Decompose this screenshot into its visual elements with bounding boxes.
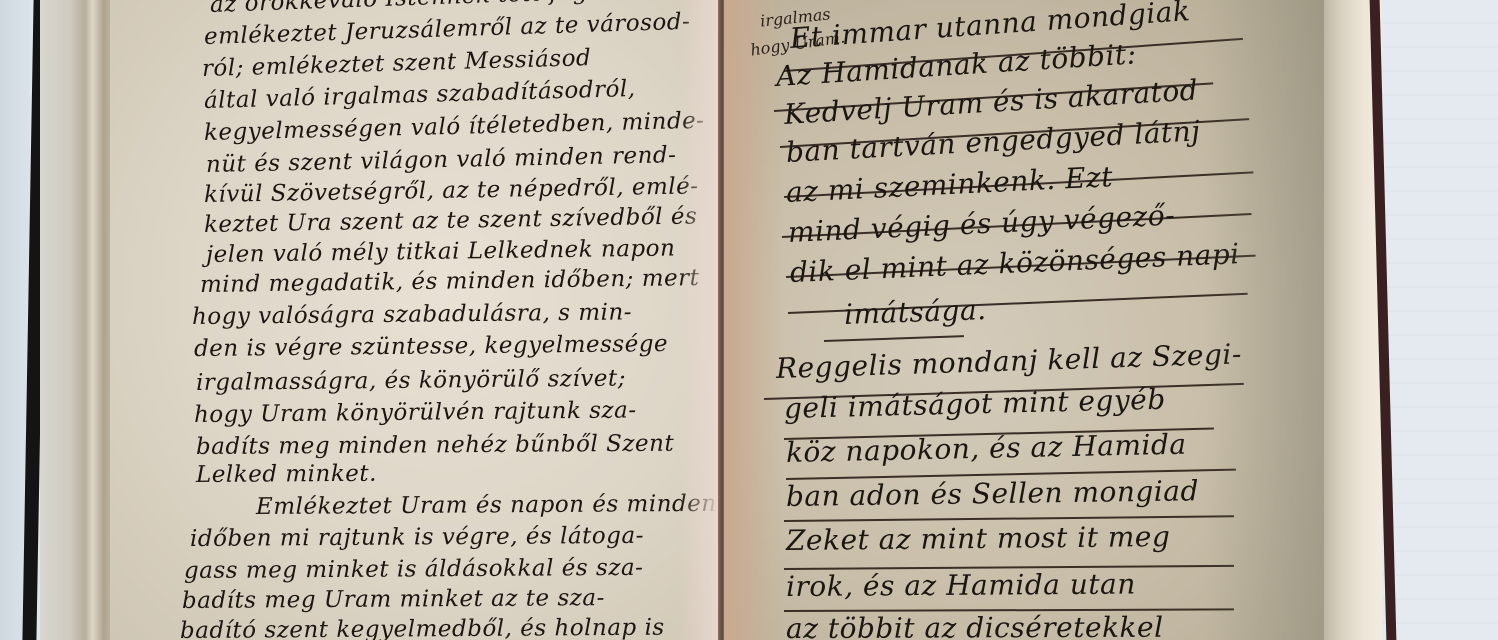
manuscript-line: ban adon és Sellen mongiad xyxy=(786,474,1199,513)
manuscript-line: hogy valóságra szabadulásra, s min- xyxy=(192,299,632,330)
manuscript-line: nüt és szent világon való minden rend- xyxy=(206,142,677,178)
right-page: irgalmas hogy Uram. Et immar utanna mond… xyxy=(724,0,1324,640)
underline-rule xyxy=(824,335,964,341)
manuscript-line: Reggelis mondanj kell az Szegi- xyxy=(775,337,1242,385)
manuscript-line: geli imátságot mint egyéb xyxy=(784,383,1166,425)
manuscript-line: gass meg minket is áldásokkal és sza- xyxy=(184,555,644,584)
manuscript-line: den is végre szüntesse, kegyelmessége xyxy=(194,331,668,362)
manuscript-line: mind megadatik, és minden időben; mert xyxy=(200,265,700,298)
manuscript-line: kívül Szövetségről, az te népedről, emlé… xyxy=(204,173,699,208)
manuscript-line: keztet Ura szent az te szent szívedből é… xyxy=(204,203,698,238)
manuscript-line: badító szent kegyelmedből, és holnap is xyxy=(180,615,665,640)
manuscript-line: jelen való mély titkai Lelkednek napon xyxy=(206,235,676,268)
manuscript-line: Lelked minket. xyxy=(196,461,377,488)
manuscript-line: Emlékeztet Uram és napon és minden xyxy=(256,491,717,520)
manuscript-line: irgalmasságra, és könyörülő szívet; xyxy=(196,365,626,396)
manuscript-line: köz napokon, és az Hamida xyxy=(786,428,1187,469)
left-page: az örökkévaló Istennek tött fogadásidért… xyxy=(110,0,720,640)
manuscript-line: irok, és az Hamida utan xyxy=(786,568,1136,603)
manuscript-line: ról; emlékeztet szent Messiásod xyxy=(202,45,592,82)
manuscript-line: badíts meg Uram minket az te sza- xyxy=(182,585,605,614)
manuscript-line: által való irgalmas szabadításodról, xyxy=(204,76,636,114)
manuscript-line: kegyelmességen való ítéletedben, minde- xyxy=(204,108,705,146)
manuscript-line: az mi szeminkenk. Ezt xyxy=(785,160,1113,209)
background-right xyxy=(1378,0,1498,640)
manuscript-line: Zeket az mint most it meg xyxy=(786,520,1171,557)
page-stack-left xyxy=(40,0,115,640)
manuscript-line: hogy Uram könyörülvén rajtunk sza- xyxy=(194,397,637,428)
manuscript-line: badíts meg minden nehéz bűnből Szent xyxy=(196,431,674,460)
manuscript-line: az többit az dicséretekkel xyxy=(786,611,1164,640)
manuscript-line: időben mi rajtunk is végre, és látoga- xyxy=(190,523,644,552)
manuscript-line: imátsága. xyxy=(843,293,987,331)
